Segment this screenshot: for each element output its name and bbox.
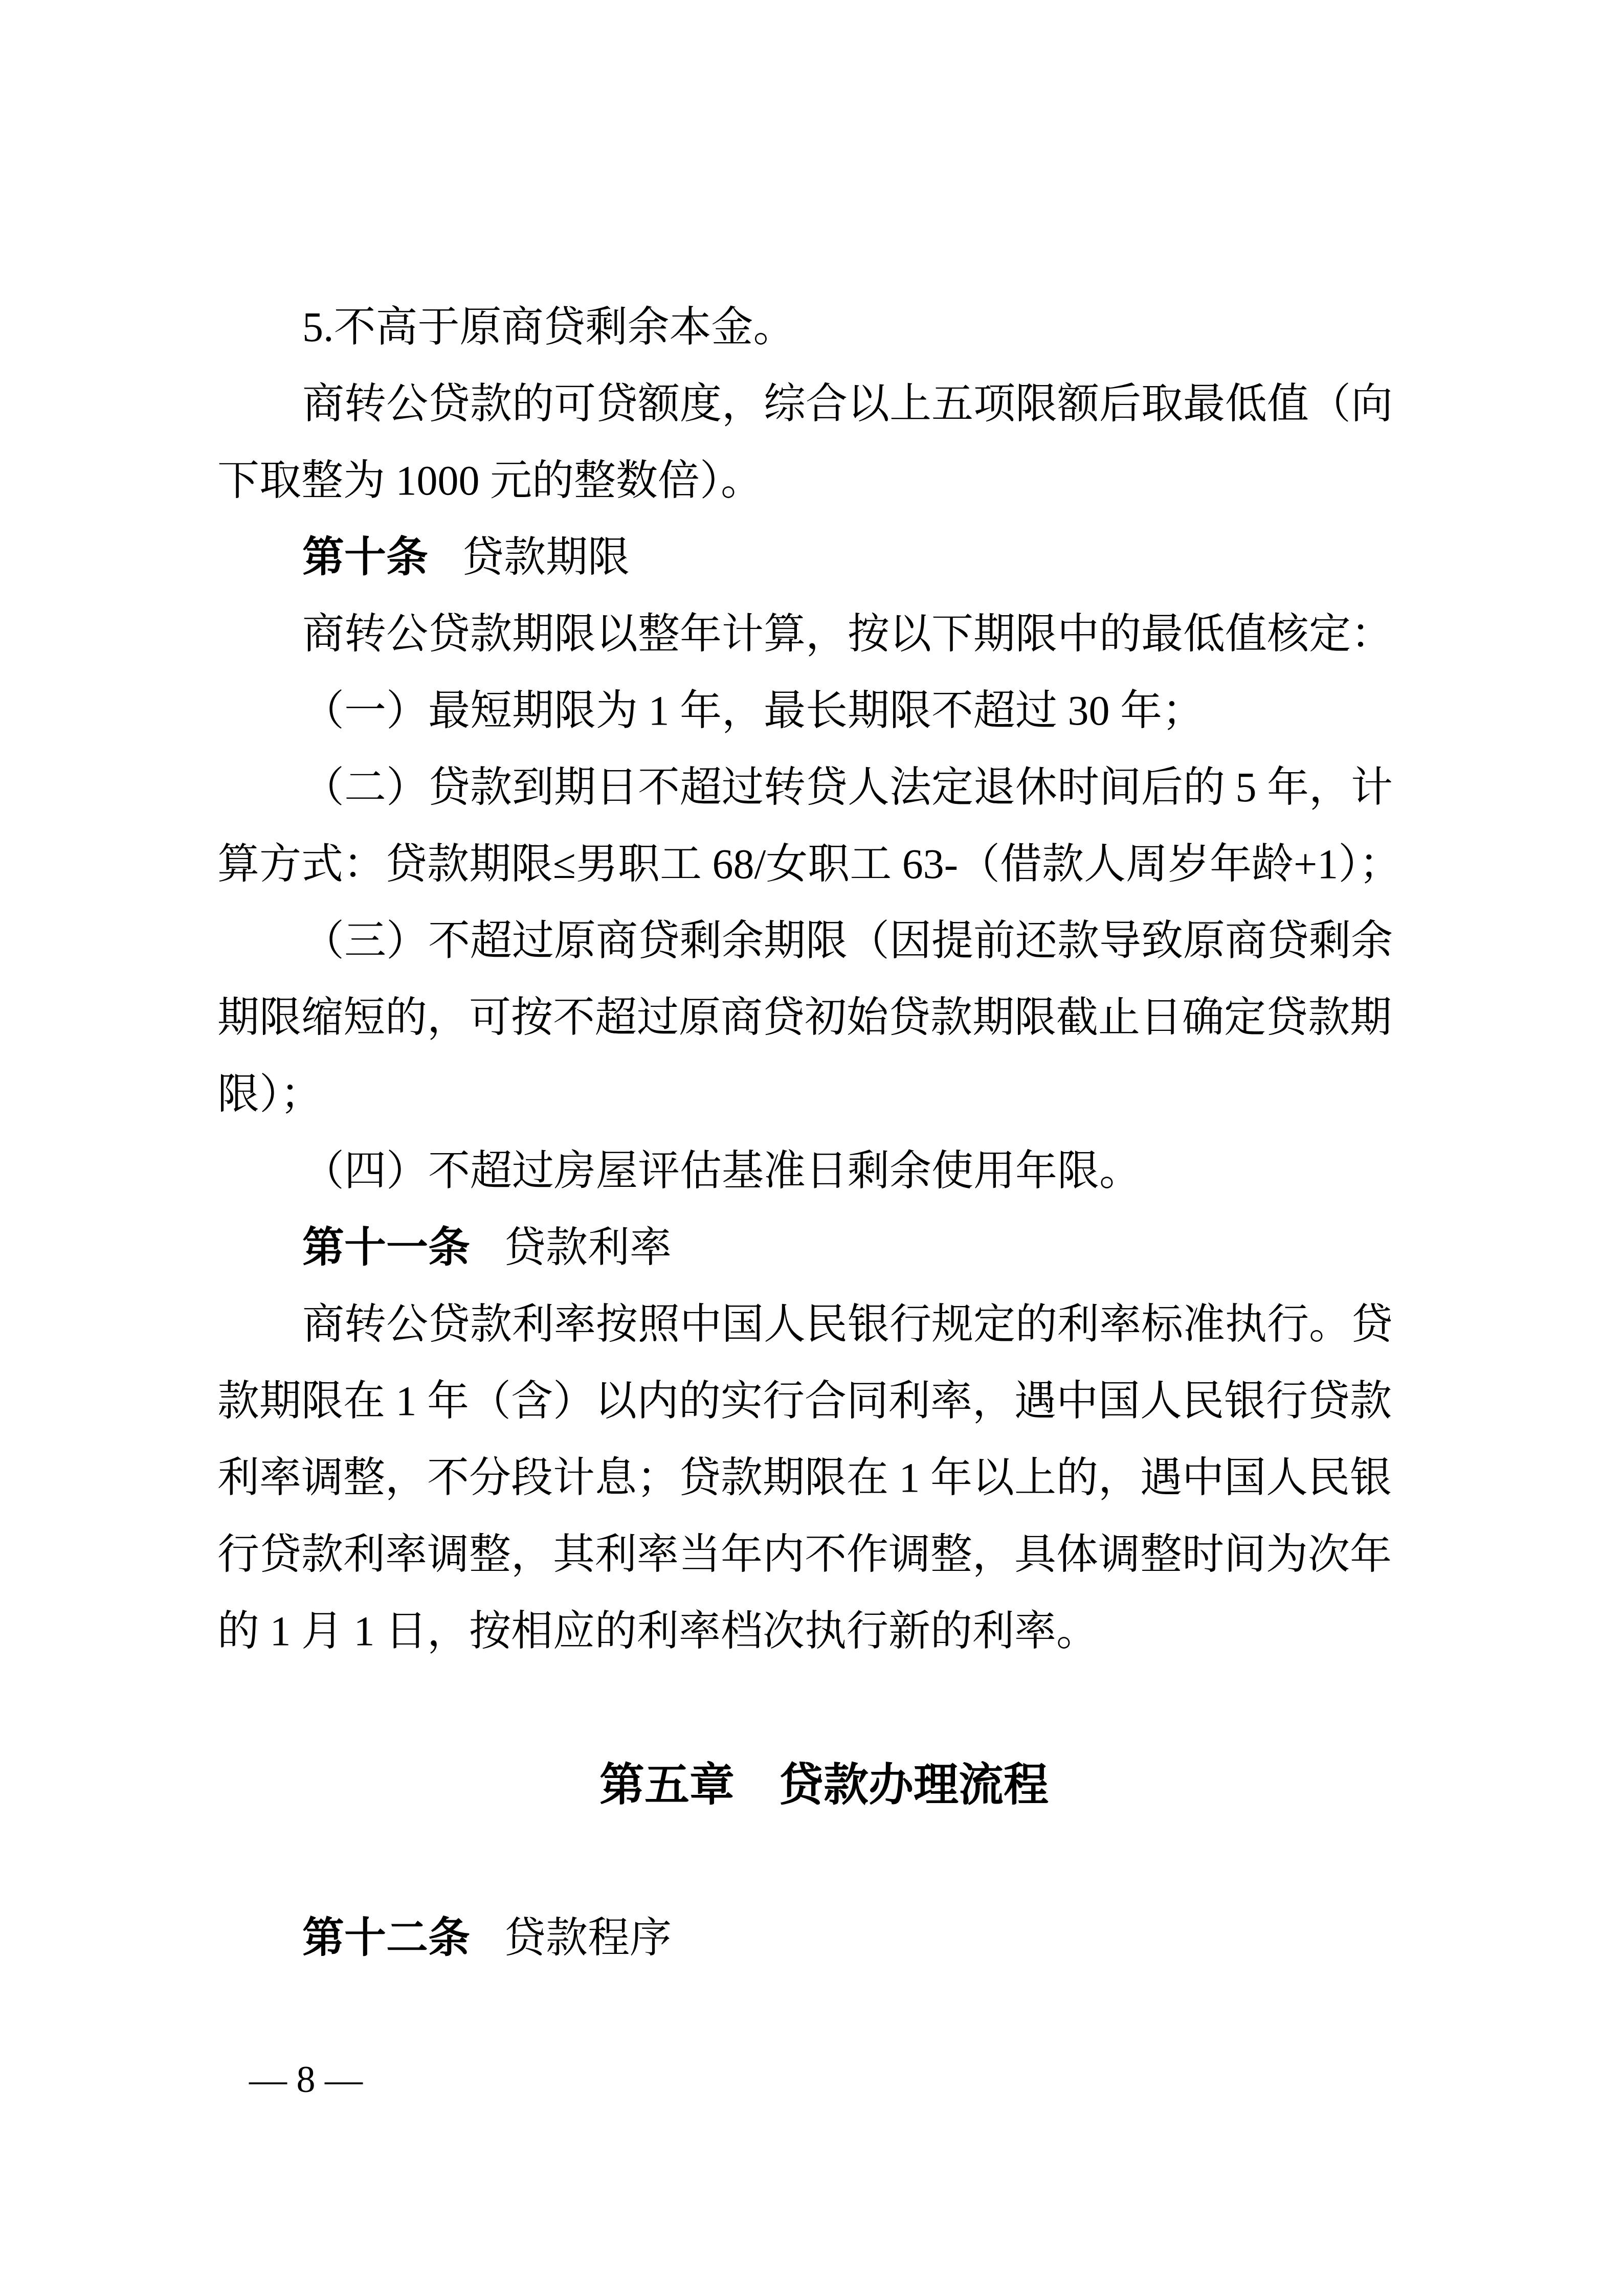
article-heading: 第十一条贷款利率	[217, 1209, 1431, 1286]
article-title: 贷款程序	[504, 1915, 672, 1961]
text-line: 行贷款利率调整，其利率当年内不作调整，具体调整时间为次年	[217, 1516, 1431, 1593]
text-line: 商转公贷款利率按照中国人民银行规定的利率标准执行。贷	[217, 1286, 1431, 1363]
chapter-heading: 第五章贷款办理流程	[217, 1746, 1431, 1823]
text-line: （三）不超过原商贷剩余期限（因提前还款导致原商贷剩余	[217, 903, 1431, 979]
document-page: 5.不高于原商贷剩余本金。 商转公贷款的可贷额度，综合以上五项限额后取最低值（向…	[0, 0, 1624, 2296]
text-line: 算方式：贷款期限≤男职工 68/女职工 63-（借款人周岁年龄+1）；	[217, 826, 1431, 903]
blank-line	[217, 1823, 1431, 1900]
text-line: （一）最短期限为 1 年，最长期限不超过 30 年；	[217, 672, 1431, 749]
text-line: 期限缩短的，可按不超过原商贷初始贷款期限截止日确定贷款期	[217, 979, 1431, 1056]
text-line: 款期限在 1 年（含）以内的实行合同利率，遇中国人民银行贷款	[217, 1363, 1431, 1439]
article-heading: 第十二条贷款程序	[217, 1900, 1431, 1976]
text-line: 商转公贷款期限以整年计算，按以下期限中的最低值核定：	[217, 596, 1431, 672]
text-line: 5.不高于原商贷剩余本金。	[217, 289, 1431, 366]
page-number: — 8 —	[249, 2043, 363, 2117]
blank-line	[217, 1670, 1431, 1746]
text-line: （四）不超过房屋评估基准日剩余使用年限。	[217, 1133, 1431, 1209]
article-heading: 第十条贷款期限	[217, 519, 1431, 596]
text-line: 的 1 月 1 日，按相应的利率档次执行新的利率。	[217, 1593, 1431, 1670]
article-number: 第十二条	[302, 1915, 470, 1961]
article-title: 贷款利率	[504, 1224, 672, 1271]
article-title: 贷款期限	[462, 534, 630, 580]
text-line: 下取整为 1000 元的整数倍）。	[217, 442, 1431, 519]
chapter-title: 贷款办理流程	[778, 1759, 1049, 1810]
article-number: 第十条	[302, 534, 428, 580]
chapter-number: 第五章	[599, 1759, 735, 1810]
article-number: 第十一条	[302, 1224, 470, 1271]
text-line: （二）贷款到期日不超过转贷人法定退休时间后的 5 年，计	[217, 749, 1431, 826]
text-line: 商转公贷款的可贷额度，综合以上五项限额后取最低值（向	[217, 366, 1431, 442]
text-line: 限）；	[217, 1056, 1431, 1133]
text-line: 利率调整，不分段计息；贷款期限在 1 年以上的，遇中国人民银	[217, 1439, 1431, 1516]
document-body: 5.不高于原商贷剩余本金。 商转公贷款的可贷额度，综合以上五项限额后取最低值（向…	[217, 289, 1431, 1976]
